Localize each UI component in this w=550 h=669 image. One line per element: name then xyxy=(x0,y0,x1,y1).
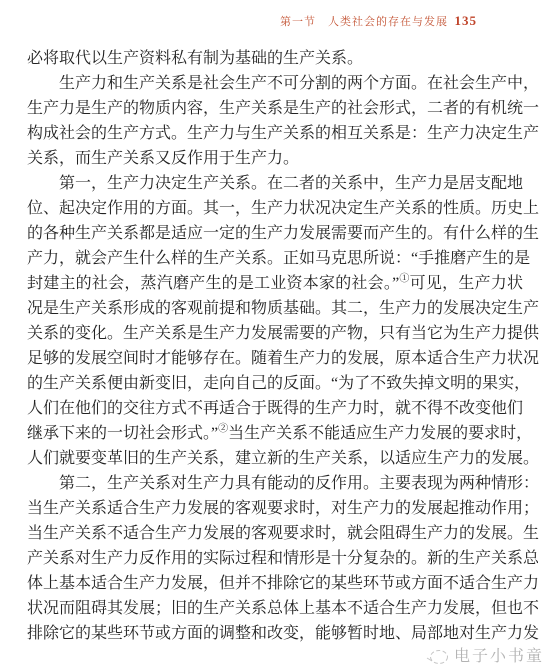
watermark-text: 电子小书童 xyxy=(454,643,544,666)
body-text-line: 足够的发展空间时才能够存在。随着生产力的发展，原本适合生产力状况 xyxy=(27,346,523,371)
body-text-line: 体上基本适合生产力发展，但并不排除它的某些环节或方面不适合生产力 xyxy=(27,571,523,596)
body-text-line: 产关系对生产力反作用的实际过程和情形是十分复杂的。新的生产关系总 xyxy=(27,546,523,571)
body-text-line: 构成社会的生产方式。生产力与生产关系的相互关系是：生产力决定生产 xyxy=(27,121,523,146)
page-header: 第一节 人类社会的存在与发展 135 xyxy=(280,13,477,29)
body-text-line: 第二，生产关系对生产力具有能动的反作用。主要表现为两种情形： xyxy=(27,471,523,496)
body-text-line: 状况而阻碍其发展；旧的生产关系总体上基本不适合生产力发展，但也不 xyxy=(27,596,523,621)
body-text-line: 当生产关系不适合生产力发展的客观要求时，就会阻碍生产力的发展。生 xyxy=(27,521,523,546)
body-text-line: 人们就要变革旧的生产关系，建立新的生产关系，以适应生产力的发展。 xyxy=(27,446,523,471)
body-text-line: 产力，就会产生什么样的生产关系。正如马克思所说：“手推磨产生的是 xyxy=(27,246,523,271)
watermark: 电子小书童 xyxy=(425,643,544,666)
body-text-line: 第一，生产力决定生产关系。在二者的关系中，生产力是居支配地 xyxy=(27,171,523,196)
body-text-line: 生产力是生产的物质内容，生产关系是生产的社会形式，二者的有机统一 xyxy=(27,96,523,121)
body-text-line: 人们在他们的交往方式不再适合于既得的生产力时，就不得不改变他们 xyxy=(27,396,523,421)
page-number: 135 xyxy=(455,13,478,29)
body-text-line: 位、起决定作用的方面。其一，生产力状况决定生产关系的性质。历史上 xyxy=(27,196,523,221)
body-text-line: 当生产关系适合生产力发展的客观要求时，对生产力的发展起推动作用； xyxy=(27,496,523,521)
book-page: 第一节 人类社会的存在与发展 135 必将取代以生产资料私有制为基础的生产关系。… xyxy=(0,0,550,669)
body-text-line: 继承下来的一切社会形式。”②当生产关系不能适应生产力发展的要求时， xyxy=(27,421,523,446)
body-text-line: 生产力和生产关系是社会生产不可分割的两个方面。在社会生产中， xyxy=(27,71,523,96)
body-text: 必将取代以生产资料私有制为基础的生产关系。 生产力和生产关系是社会生产不可分割的… xyxy=(27,46,523,646)
body-text-line: 况是生产关系形成的客观前提和物质基础。其二，生产力的发展决定生产 xyxy=(27,296,523,321)
footnote-marker: ② xyxy=(218,424,228,435)
body-text-line: 的各种生产关系都是适应一定的生产力发展需要而产生的。有什么样的生 xyxy=(27,221,523,246)
running-head: 第一节 人类社会的存在与发展 xyxy=(280,13,448,29)
sketch-doodle-icon xyxy=(425,644,451,666)
body-text-line: 关系的变化。生产关系是生产力发展需要的产物，只有当它为生产力提供 xyxy=(27,321,523,346)
body-text-line: 必将取代以生产资料私有制为基础的生产关系。 xyxy=(27,46,523,71)
body-text-line: 关系，而生产关系又反作用于生产力。 xyxy=(27,146,523,171)
footnote-marker: ① xyxy=(399,274,409,285)
body-text-line: 的生产关系便由新变旧，走向自己的反面。“为了不致失掉文明的果实， xyxy=(27,371,523,396)
body-text-line: 封建主的社会，蒸汽磨产生的是工业资本家的社会。”①可见，生产力状 xyxy=(27,271,523,296)
